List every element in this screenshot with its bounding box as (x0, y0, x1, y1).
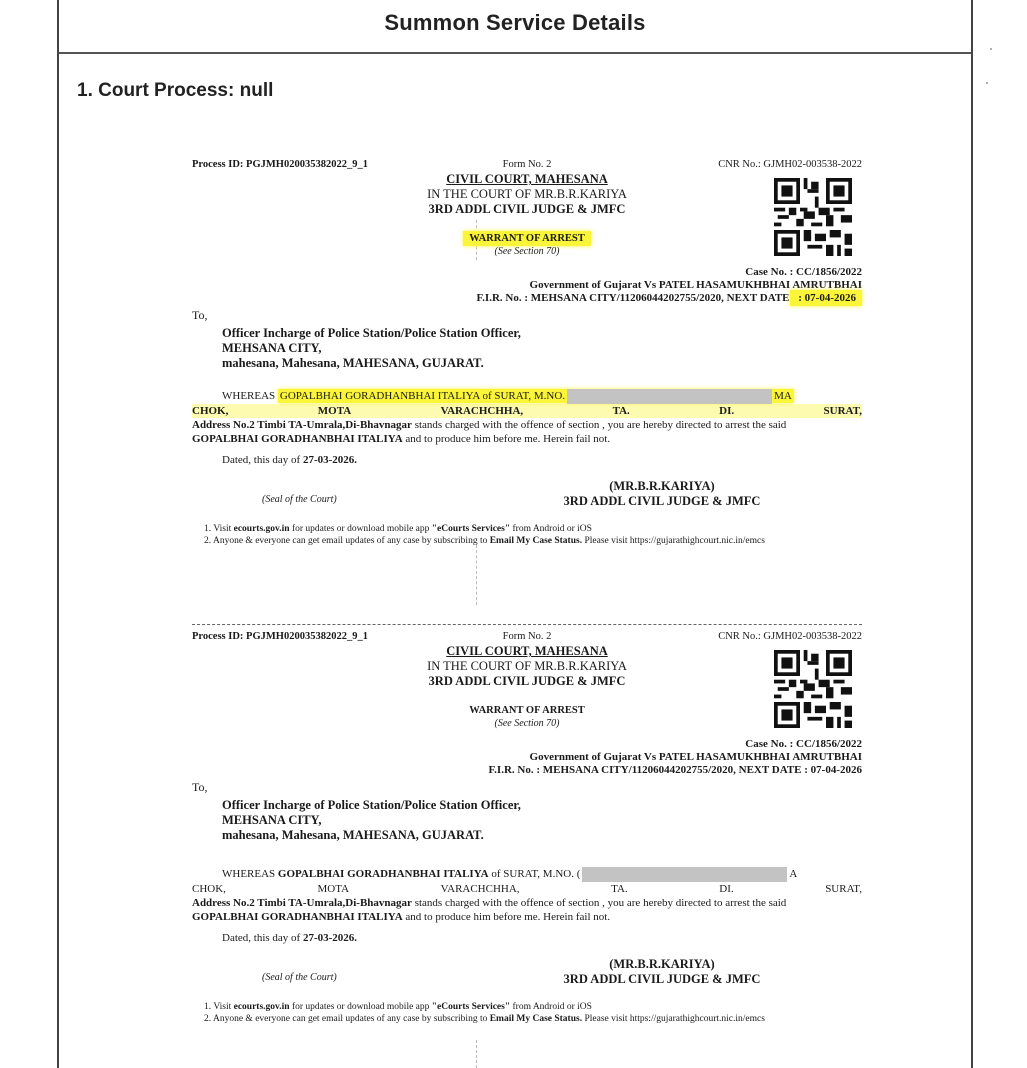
court-designation: 3RD ADDL CIVIL JUDGE & JMFC (192, 674, 862, 689)
whereas-label: WHEREAS (222, 390, 275, 402)
address-line: CHOK, MOTA VARACHCHHA, TA. DI. SURAT, (192, 404, 862, 418)
address-line: CHOK, MOTA VARACHCHHA, TA. DI. SURAT, (192, 882, 862, 896)
address-word: SURAT, (824, 404, 862, 418)
addressee: Officer Incharge of Police Station/Polic… (222, 798, 862, 843)
dated-value: 27-03-2026. (303, 454, 357, 466)
addressee-line: MEHSANA CITY, (222, 813, 862, 828)
address-word: TA. (611, 882, 628, 896)
warrant-title: WARRANT OF ARREST (469, 705, 585, 716)
signer-designation: 3RD ADDL CIVIL JUDGE & JMFC (532, 972, 792, 987)
scan-speck (990, 48, 992, 50)
app-name: "eCourts Services" (432, 1002, 510, 1012)
address-word: CHOK, (192, 404, 228, 418)
email-case-status: Email My Case Status. (490, 536, 582, 546)
charge-text: stands charged with the offence of secti… (415, 419, 787, 431)
next-date: : 07-04-2026 (790, 290, 863, 306)
note-text: from Android or iOS (513, 524, 592, 534)
address-tail: MA (774, 390, 792, 402)
address-word: MOTA (318, 404, 351, 418)
cnr-number: CNR No.: GJMH02-003538-2022 (718, 630, 862, 643)
whereas-label: WHEREAS (222, 868, 275, 880)
emcs-link[interactable]: Please visit https://gujarathighcourt.ni… (584, 1014, 764, 1024)
note-text: 2. Anyone & everyone can get email updat… (204, 536, 487, 546)
note-text: for updates or download mobile app (292, 1002, 429, 1012)
page-title: Summon Service Details (59, 10, 971, 36)
dated-label: Dated, this day of (222, 932, 300, 944)
court-designation: 3RD ADDL CIVIL JUDGE & JMFC (192, 202, 862, 217)
warrant-section: (See Section 70) (192, 717, 862, 730)
warrant-document-1: Process ID: PGJMH020035382022_9_1 Form N… (192, 158, 862, 547)
address-word: MOTA (318, 882, 350, 896)
produce-text: and to produce him before me. Herein fai… (405, 911, 610, 923)
emcs-link[interactable]: Please visit https://gujarathighcourt.ni… (584, 536, 764, 546)
address-word: VARACHCHHA, (441, 882, 520, 896)
to-label: To, (192, 781, 862, 794)
case-parties: Government of Gujarat Vs PATEL HASAMUKHB… (192, 751, 862, 764)
qr-code-icon (774, 178, 852, 256)
addressee-line: Officer Incharge of Police Station/Polic… (222, 326, 862, 341)
accused-name: GOPALBHAI GORADHANBHAI ITALIYA (278, 868, 489, 880)
dated-label: Dated, this day of (222, 454, 300, 466)
signer-name: (MR.B.R.KARIYA) (532, 479, 792, 494)
addressee-line: Officer Incharge of Police Station/Polic… (222, 798, 862, 813)
qr-code-icon (774, 650, 852, 728)
address-line-2: Address No.2 Timbi TA-Umrala,Di-Bhavnaga… (192, 897, 412, 909)
fir-number: F.I.R. No. : MEHSANA CITY/11206044202755… (476, 292, 789, 304)
to-label: To, (192, 309, 862, 322)
address-tail: A (789, 868, 797, 880)
court-seal: (Seal of the Court) (262, 971, 337, 984)
note-text: 2. Anyone & everyone can get email updat… (204, 1014, 487, 1024)
dated-value: 27-03-2026. (303, 932, 357, 944)
accused-name-repeat: GOPALBHAI GORADHANBHAI ITALIYA (192, 911, 403, 923)
court-name: CIVIL COURT, MAHESANA (192, 644, 862, 659)
address-word: VARACHCHHA, (441, 404, 524, 418)
cnr-number: CNR No.: GJMH02-003538-2022 (718, 158, 862, 171)
warrant-section: (See Section 70) (192, 245, 862, 258)
app-name: "eCourts Services" (432, 524, 510, 534)
accused-name-repeat: GOPALBHAI GORADHANBHAI ITALIYA (192, 433, 403, 445)
redacted-phone-number (567, 389, 772, 404)
produce-text: and to produce him before me. Herein fai… (405, 433, 610, 445)
charge-text: stands charged with the offence of secti… (415, 897, 787, 909)
court-judge: IN THE COURT OF MR.B.R.KARIYA (192, 659, 862, 674)
accused-name: GOPALBHAI GORADHANBHAI ITALIYA (280, 390, 480, 402)
accused-city: SURAT, M.NO. ( (503, 868, 580, 880)
warrant-title: WARRANT OF ARREST (463, 231, 591, 246)
fold-line (476, 1040, 477, 1068)
signer-name: (MR.B.R.KARIYA) (532, 957, 792, 972)
addressee-line: mahesana, Mahesana, MAHESANA, GUJARAT. (222, 356, 862, 371)
accused-city: SURAT, M.NO. (494, 390, 565, 402)
address-line-2: Address No.2 Timbi TA-Umrala,Di-Bhavnaga… (192, 419, 412, 431)
of-text: of (482, 390, 491, 402)
addressee-line: MEHSANA CITY, (222, 341, 862, 356)
title-divider (59, 52, 971, 54)
warrant-body: WHEREAS GOPALBHAI GORADHANBHAI ITALIYA o… (192, 867, 862, 924)
court-name: CIVIL COURT, MAHESANA (192, 172, 862, 187)
ecourts-link[interactable]: ecourts.gov.in (234, 1002, 290, 1012)
note-text: for updates or download mobile app (292, 524, 429, 534)
of-text: of (491, 868, 500, 880)
notes: 1. Visit ecourts.gov.in for updates or d… (192, 523, 862, 547)
address-word: CHOK, (192, 882, 226, 896)
ecourts-link[interactable]: ecourts.gov.in (234, 524, 290, 534)
court-judge: IN THE COURT OF MR.B.R.KARIYA (192, 187, 862, 202)
notes: 1. Visit ecourts.gov.in for updates or d… (192, 1001, 862, 1025)
fold-line (476, 545, 477, 605)
note-text: 1. Visit (204, 1002, 231, 1012)
note-text: from Android or iOS (513, 1002, 592, 1012)
address-word: TA. (613, 404, 630, 418)
address-word: DI. (719, 404, 734, 418)
section-heading: 1. Court Process: null (77, 80, 273, 102)
warrant-body: WHEREAS GOPALBHAI GORADHANBHAI ITALIYA o… (192, 389, 862, 446)
case-number: Case No. : CC/1856/2022 (192, 266, 862, 279)
addressee: Officer Incharge of Police Station/Polic… (222, 326, 862, 371)
next-date: : 07-04-2026 (802, 764, 863, 776)
note-text: 1. Visit (204, 524, 231, 534)
signer-designation: 3RD ADDL CIVIL JUDGE & JMFC (532, 494, 792, 509)
email-case-status: Email My Case Status. (490, 1014, 582, 1024)
court-seal: (Seal of the Court) (262, 493, 337, 506)
address-word: DI. (719, 882, 733, 896)
address-word: SURAT, (825, 882, 862, 896)
redacted-phone-number (582, 867, 787, 882)
warrant-document-2: Process ID: PGJMH020035382022_9_1 Form N… (192, 630, 862, 1025)
case-number: Case No. : CC/1856/2022 (192, 738, 862, 751)
case-parties: Government of Gujarat Vs PATEL HASAMUKHB… (192, 279, 862, 292)
addressee-line: mahesana, Mahesana, MAHESANA, GUJARAT. (222, 828, 862, 843)
cut-line (192, 624, 862, 625)
scan-speck (986, 82, 988, 84)
fir-number: F.I.R. No. : MEHSANA CITY/11206044202755… (488, 764, 801, 776)
